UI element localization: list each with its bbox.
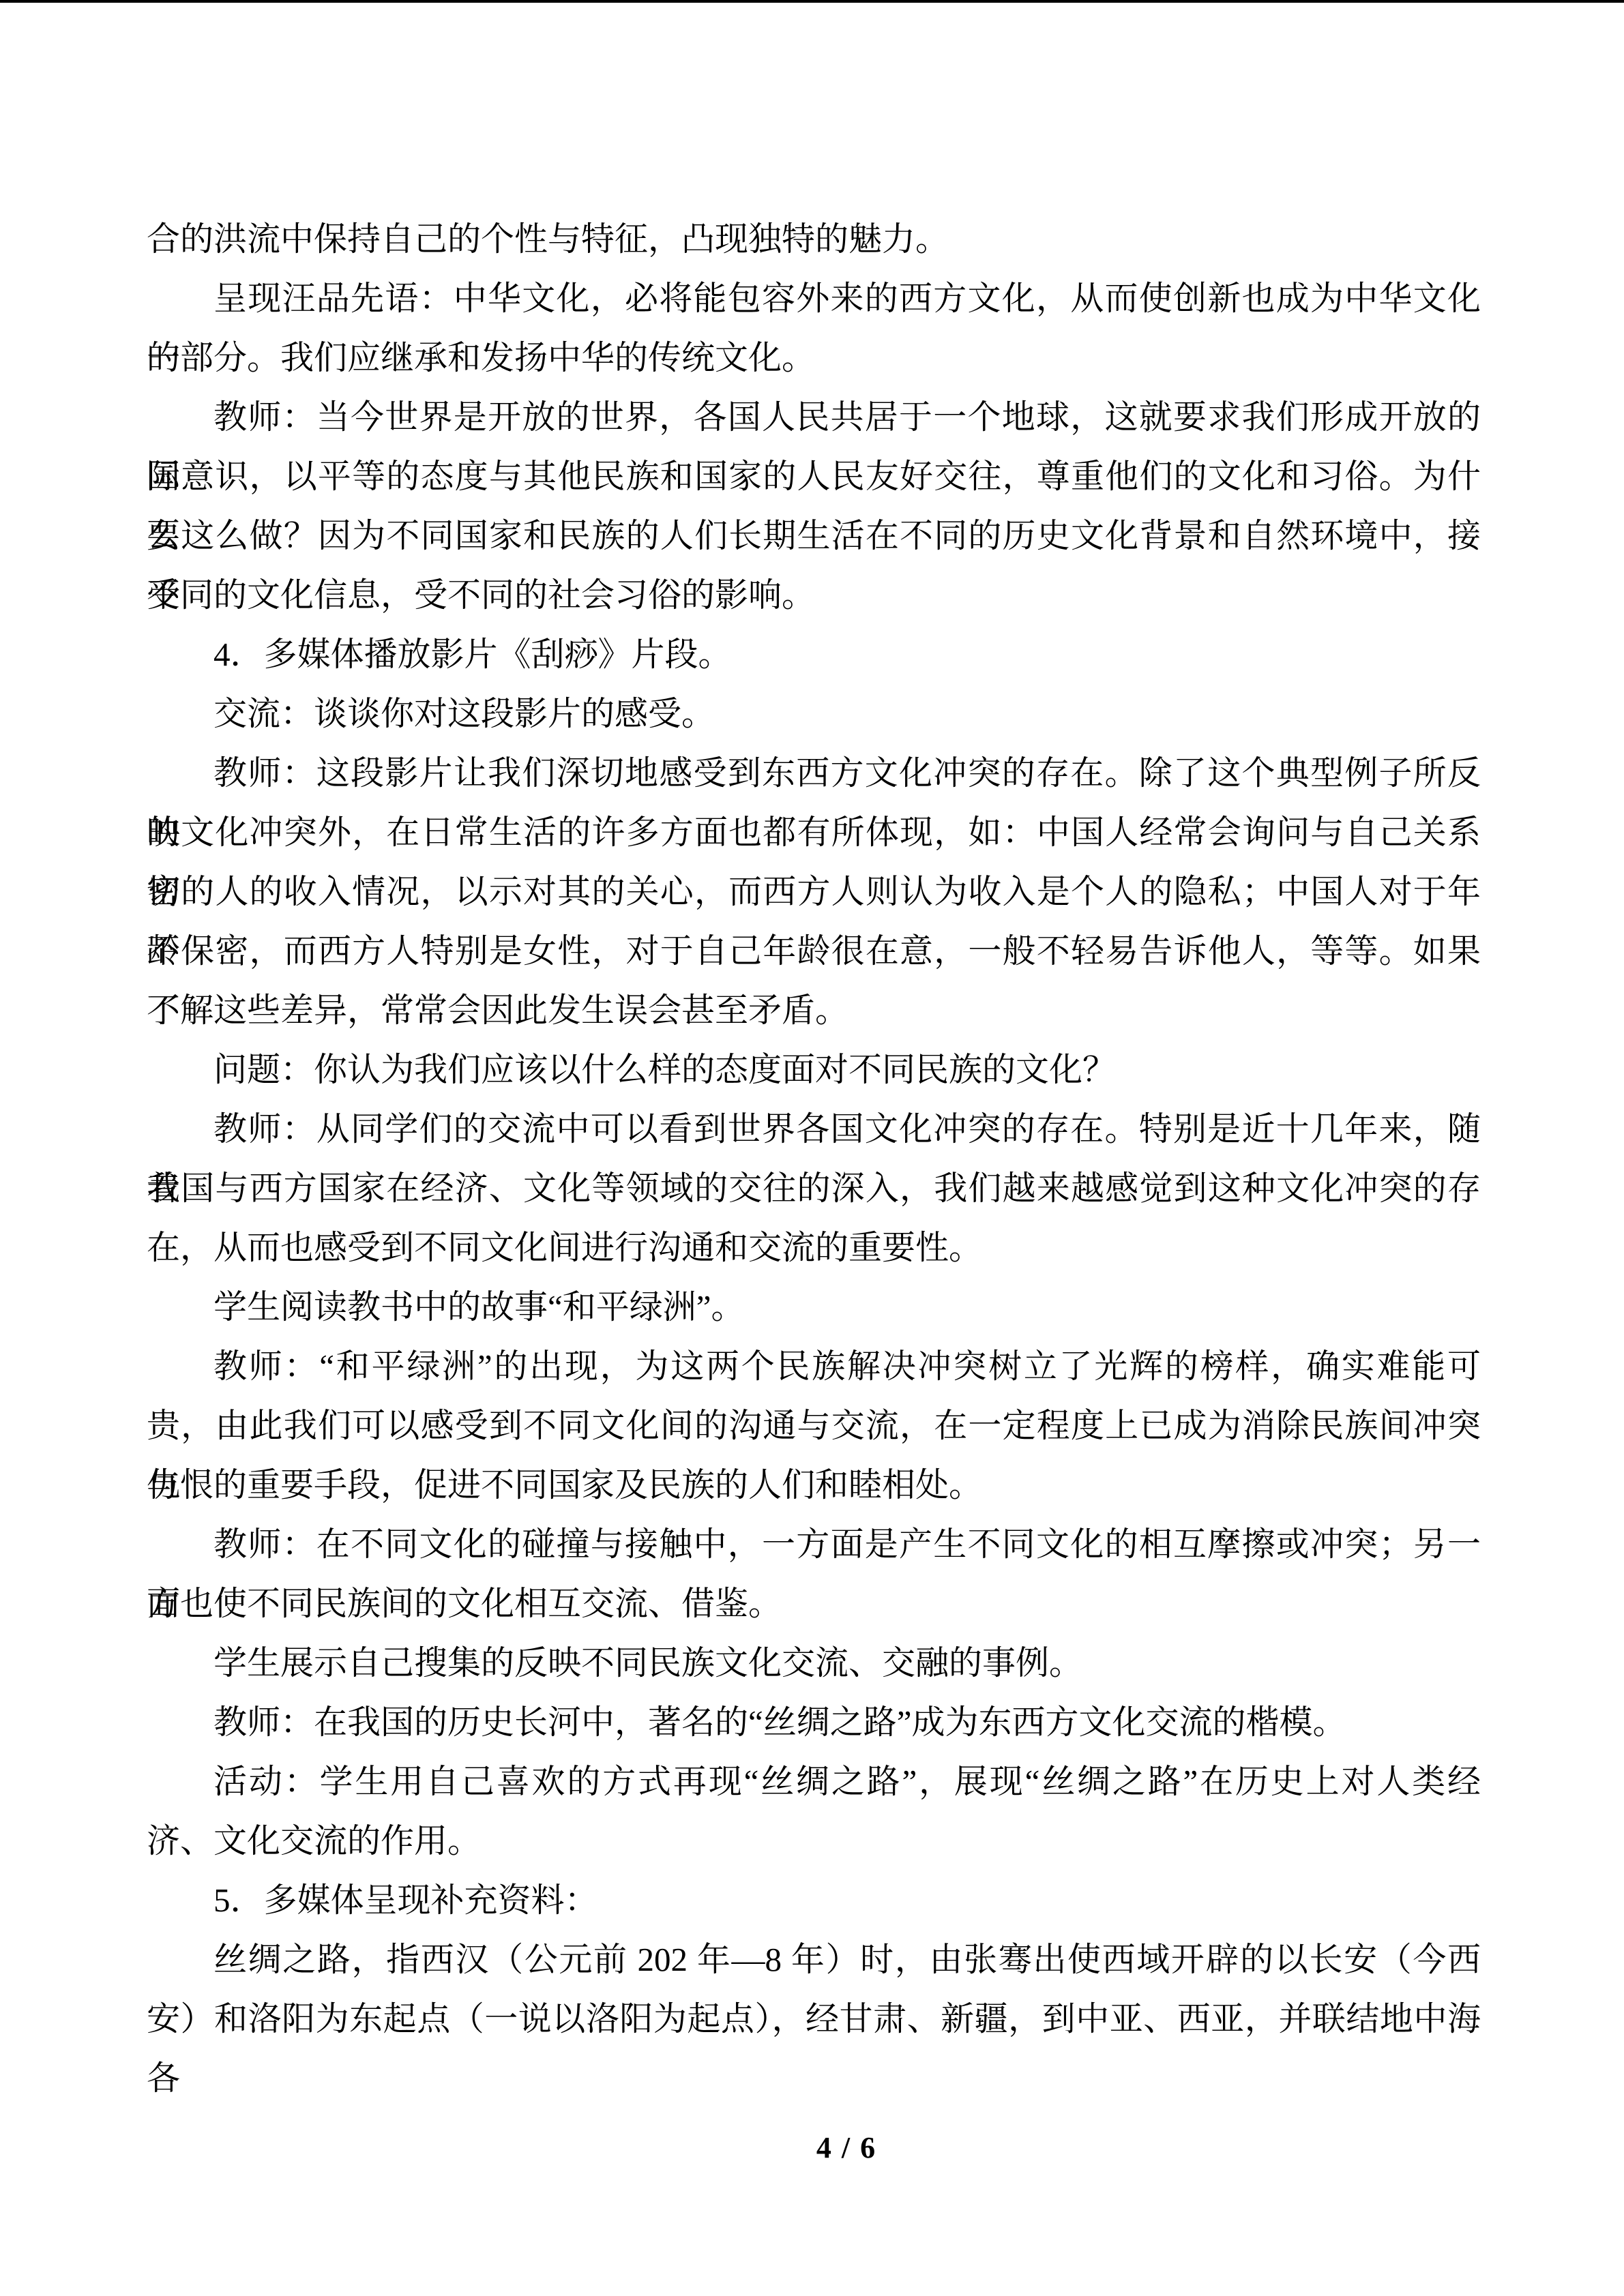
text-line-26: 教师：在我国的历史长河中，著名的“丝绸之路”成为东西方文化交流的楷模。 (147, 1693, 1481, 1752)
text-line-23: 教师：在不同文化的碰撞与接触中，一方面是产生不同文化的相互摩擦或冲突；另一方 (147, 1515, 1481, 1574)
page-top-border (0, 0, 1624, 3)
text-line-29: 5．多媒体呈现补充资料： (147, 1870, 1481, 1930)
text-line-7: 不同的文化信息，受不同的社会习俗的影响。 (147, 565, 1481, 625)
text-line-31: 安）和洛阳为东起点（一说以洛阳为起点），经甘肃、新疆，到中亚、西亚，并联结地中海… (147, 1989, 1481, 2048)
text-line-15: 问题：你认为我们应该以什么样的态度面对不同民族的文化？ (147, 1040, 1481, 1099)
text-line-3: 一部分。我们应继承和发扬中华的传统文化。 (147, 328, 1481, 387)
text-line-30: 丝绸之路，指西汉（公元前 202 年—8 年）时，由张骞出使西域开辟的以长安（今… (147, 1930, 1481, 1989)
text-line-9: 交流：谈谈你对这段影片的感受。 (147, 684, 1481, 743)
document-body: 合的洪流中保持自己的个性与特征，凸现独特的魅力。呈现汪品先语：中华文化，必将能包… (147, 209, 1481, 2048)
text-line-22: 仇恨的重要手段，促进不同国家及民族的人们和睦相处。 (147, 1455, 1481, 1515)
text-line-20: 教师：“和平绿洲”的出现，为这两个民族解决冲突树立了光辉的榜样，确实难能可 (147, 1337, 1481, 1396)
text-line-14: 了解这些差异，常常会因此发生误会甚至矛盾。 (147, 981, 1481, 1040)
page-number: 4 / 6 (816, 2130, 876, 2165)
text-line-5: 际意识，以平等的态度与其他民族和国家的人民友好交往，尊重他们的文化和习俗。为什么 (147, 447, 1481, 506)
text-line-1: 合的洪流中保持自己的个性与特征，凸现独特的魅力。 (147, 209, 1481, 269)
document-page: 合的洪流中保持自己的个性与特征，凸现独特的魅力。呈现汪品先语：中华文化，必将能包… (0, 0, 1624, 2296)
text-line-18: 在，从而也感受到不同文化间进行沟通和交流的重要性。 (147, 1218, 1481, 1277)
text-line-13: 不保密，而西方人特别是女性，对于自己年龄很在意，一般不轻易告诉他人，等等。如果不 (147, 921, 1481, 981)
text-line-19: 学生阅读教书中的故事“和平绿洲”。 (147, 1277, 1481, 1337)
text-line-12: 切的人的收入情况，以示对其的关心，而西方人则认为收入是个人的隐私；中国人对于年龄 (147, 862, 1481, 921)
text-line-11: 的文化冲突外，在日常生活的许多方面也都有所体现，如：中国人经常会询问与自己关系密 (147, 803, 1481, 862)
text-line-25: 学生展示自己搜集的反映不同民族文化交流、交融的事例。 (147, 1633, 1481, 1693)
text-line-6: 要这么做？因为不同国家和民族的人们长期生活在不同的历史文化背景和自然环境中，接受 (147, 506, 1481, 565)
text-line-16: 教师：从同学们的交流中可以看到世界各国文化冲突的存在。特别是近十几年来，随着 (147, 1099, 1481, 1159)
text-line-8: 4．多媒体播放影片《刮痧》片段。 (147, 625, 1481, 684)
text-line-28: 济、文化交流的作用。 (147, 1811, 1481, 1870)
text-line-17: 我国与西方国家在经济、文化等领域的交往的深入，我们越来越感觉到这种文化冲突的存 (147, 1159, 1481, 1218)
text-line-21: 贵，由此我们可以感受到不同文化间的沟通与交流，在一定程度上已成为消除民族间冲突与 (147, 1396, 1481, 1455)
text-line-2: 呈现汪品先语：中华文化，必将能包容外来的西方文化，从而使创新也成为中华文化的 (147, 269, 1481, 328)
text-line-27: 活动：学生用自己喜欢的方式再现“丝绸之路”，展现“丝绸之路”在历史上对人类经 (147, 1752, 1481, 1811)
text-line-4: 教师：当今世界是开放的世界，各国人民共居于一个地球，这就要求我们形成开放的国 (147, 387, 1481, 447)
text-line-10: 教师：这段影片让我们深切地感受到东西方文化冲突的存在。除了这个典型例子所反映 (147, 743, 1481, 803)
text-line-24: 面也使不同民族间的文化相互交流、借鉴。 (147, 1574, 1481, 1633)
